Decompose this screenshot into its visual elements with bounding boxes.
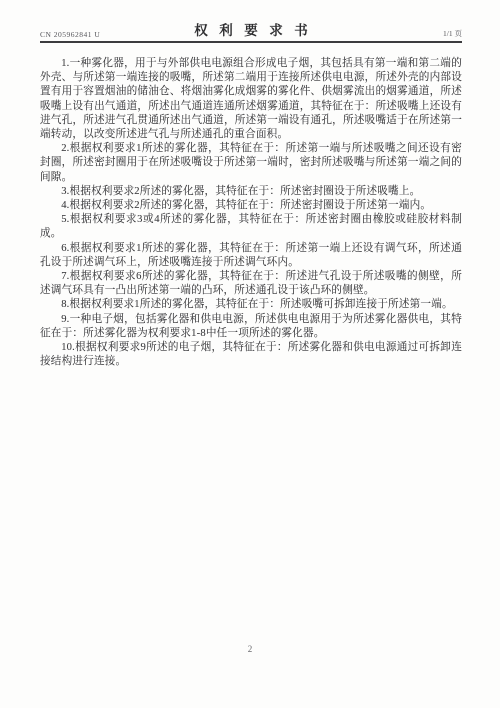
- claim-9: 9.一种电子烟，包括雾化器和供电电源，所述供电电源用于为所述雾化器供电，其特征在…: [40, 313, 462, 341]
- page-footer: 2: [0, 644, 500, 654]
- patent-number: CN 205962841 U: [40, 30, 150, 39]
- claim-2: 2.根据权利要求1所述的雾化器，其特征在于：所述第一端与所述吸嘴之间还设有密封圈…: [40, 142, 462, 185]
- claims-text-block: 1.一种雾化器，用于与外部供电电源组合形成电子烟，其包括具有第一端和第二端的外壳…: [40, 57, 462, 369]
- patent-claims-page: CN 205962841 U 权利要求书 1/1 页 1.一种雾化器，用于与外部…: [0, 0, 500, 708]
- claim-8: 8.根据权利要求1所述的雾化器，其特征在于：所述吸嘴可拆卸连接于所述第一端。: [40, 298, 462, 312]
- document-title: 权利要求书: [150, 19, 352, 39]
- claim-4: 4.根据权利要求2所述的雾化器，其特征在于：所述密封圈设于所述第一端内。: [40, 199, 462, 213]
- claim-6: 6.根据权利要求1所述的雾化器，其特征在于：所述第一端上还设有调气环，所述通孔设…: [40, 242, 462, 270]
- claim-10: 10.根据权利要求9所述的电子烟，其特征在于：所述雾化器和供电电源通过可拆卸连接…: [40, 341, 462, 369]
- claim-1: 1.一种雾化器，用于与外部供电电源组合形成电子烟，其包括具有第一端和第二端的外壳…: [40, 57, 462, 142]
- claim-3: 3.根据权利要求2所述的雾化器，其特征在于：所述密封圈设于所述吸嘴上。: [40, 185, 462, 199]
- page-number: 2: [248, 644, 253, 654]
- page-indicator: 1/1 页: [352, 28, 462, 39]
- claim-5: 5.根据权利要求3或4所述的雾化器，其特征在于：所述密封圈由橡胶或硅胶材料制成。: [40, 213, 462, 241]
- page-header: CN 205962841 U 权利要求书 1/1 页: [40, 26, 462, 43]
- claim-7: 7.根据权利要求6所述的雾化器，其特征在于：所述进气孔设于所述吸嘴的侧壁，所述调…: [40, 270, 462, 298]
